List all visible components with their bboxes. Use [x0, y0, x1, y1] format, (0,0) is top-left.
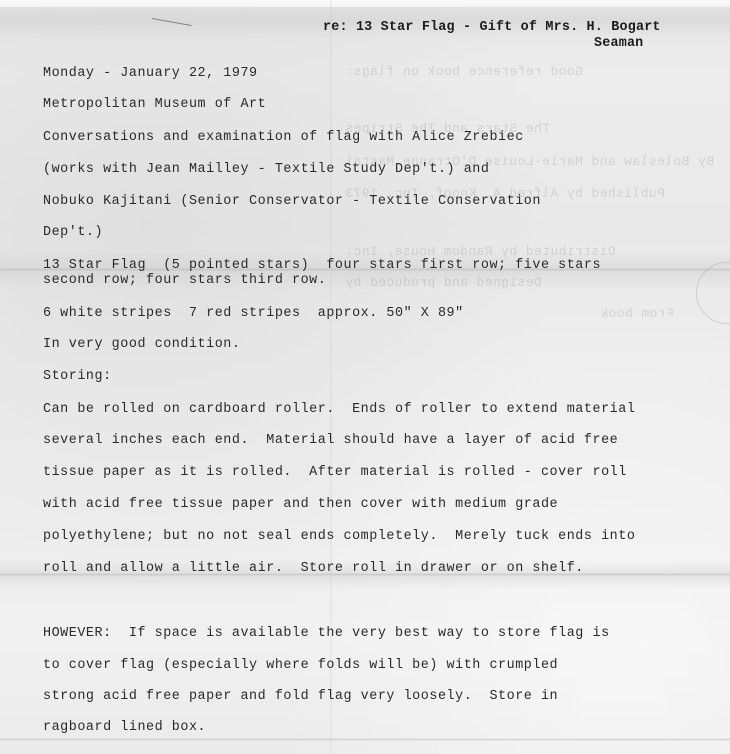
- flag-description: 13 Star Flag (5 pointed stars) four star…: [43, 258, 601, 273]
- storing-heading: Storing:: [43, 369, 112, 384]
- storing-line: Can be rolled on cardboard roller. Ends …: [43, 402, 635, 417]
- subject-line-continued: Seaman: [594, 36, 643, 51]
- storing-line: tissue paper as it is rolled. After mate…: [43, 465, 627, 480]
- institution-name: Metropolitan Museum of Art: [43, 97, 266, 112]
- bleed-through-text: From book: [600, 306, 674, 321]
- storing-line: several inches each end. Material should…: [43, 433, 618, 448]
- subject-line: re: 13 Star Flag - Gift of Mrs. H. Bogar…: [323, 20, 661, 35]
- flag-description: second row; four stars third row.: [43, 273, 326, 288]
- however-line: HOWEVER: If space is available the very …: [43, 626, 610, 641]
- conversation-line: Dep't.): [43, 225, 103, 240]
- bleed-through-text: Designed and produced by: [345, 275, 542, 290]
- bleed-through-text: Good reference book on flags:: [345, 64, 583, 79]
- conversation-line: (works with Jean Mailley - Textile Study…: [43, 162, 489, 177]
- condition-note: In very good condition.: [43, 337, 240, 352]
- conversation-line: Conversations and examination of flag wi…: [43, 130, 524, 145]
- however-line: ragboard lined box.: [43, 720, 206, 735]
- however-line: to cover flag (especially where folds wi…: [43, 658, 558, 673]
- conversation-line: Nobuko Kajitani (Senior Conservator - Te…: [43, 194, 541, 209]
- bleed-through-text: Distributed by Random House, Inc.: [345, 244, 616, 259]
- stripes-and-size: 6 white stripes 7 red stripes approx. 50…: [43, 306, 464, 321]
- typewritten-memo-page: Good reference book on flags: The Stars …: [0, 0, 730, 754]
- however-line: strong acid free paper and fold flag ver…: [43, 689, 558, 704]
- memo-date: Monday - January 22, 1979: [43, 66, 258, 81]
- paper-fold: [0, 738, 730, 741]
- storing-line: polyethylene; but no not seal ends compl…: [43, 529, 635, 544]
- storing-line: roll and allow a little air. Store roll …: [43, 561, 584, 576]
- storing-line: with acid free tissue paper and then cov…: [43, 497, 558, 512]
